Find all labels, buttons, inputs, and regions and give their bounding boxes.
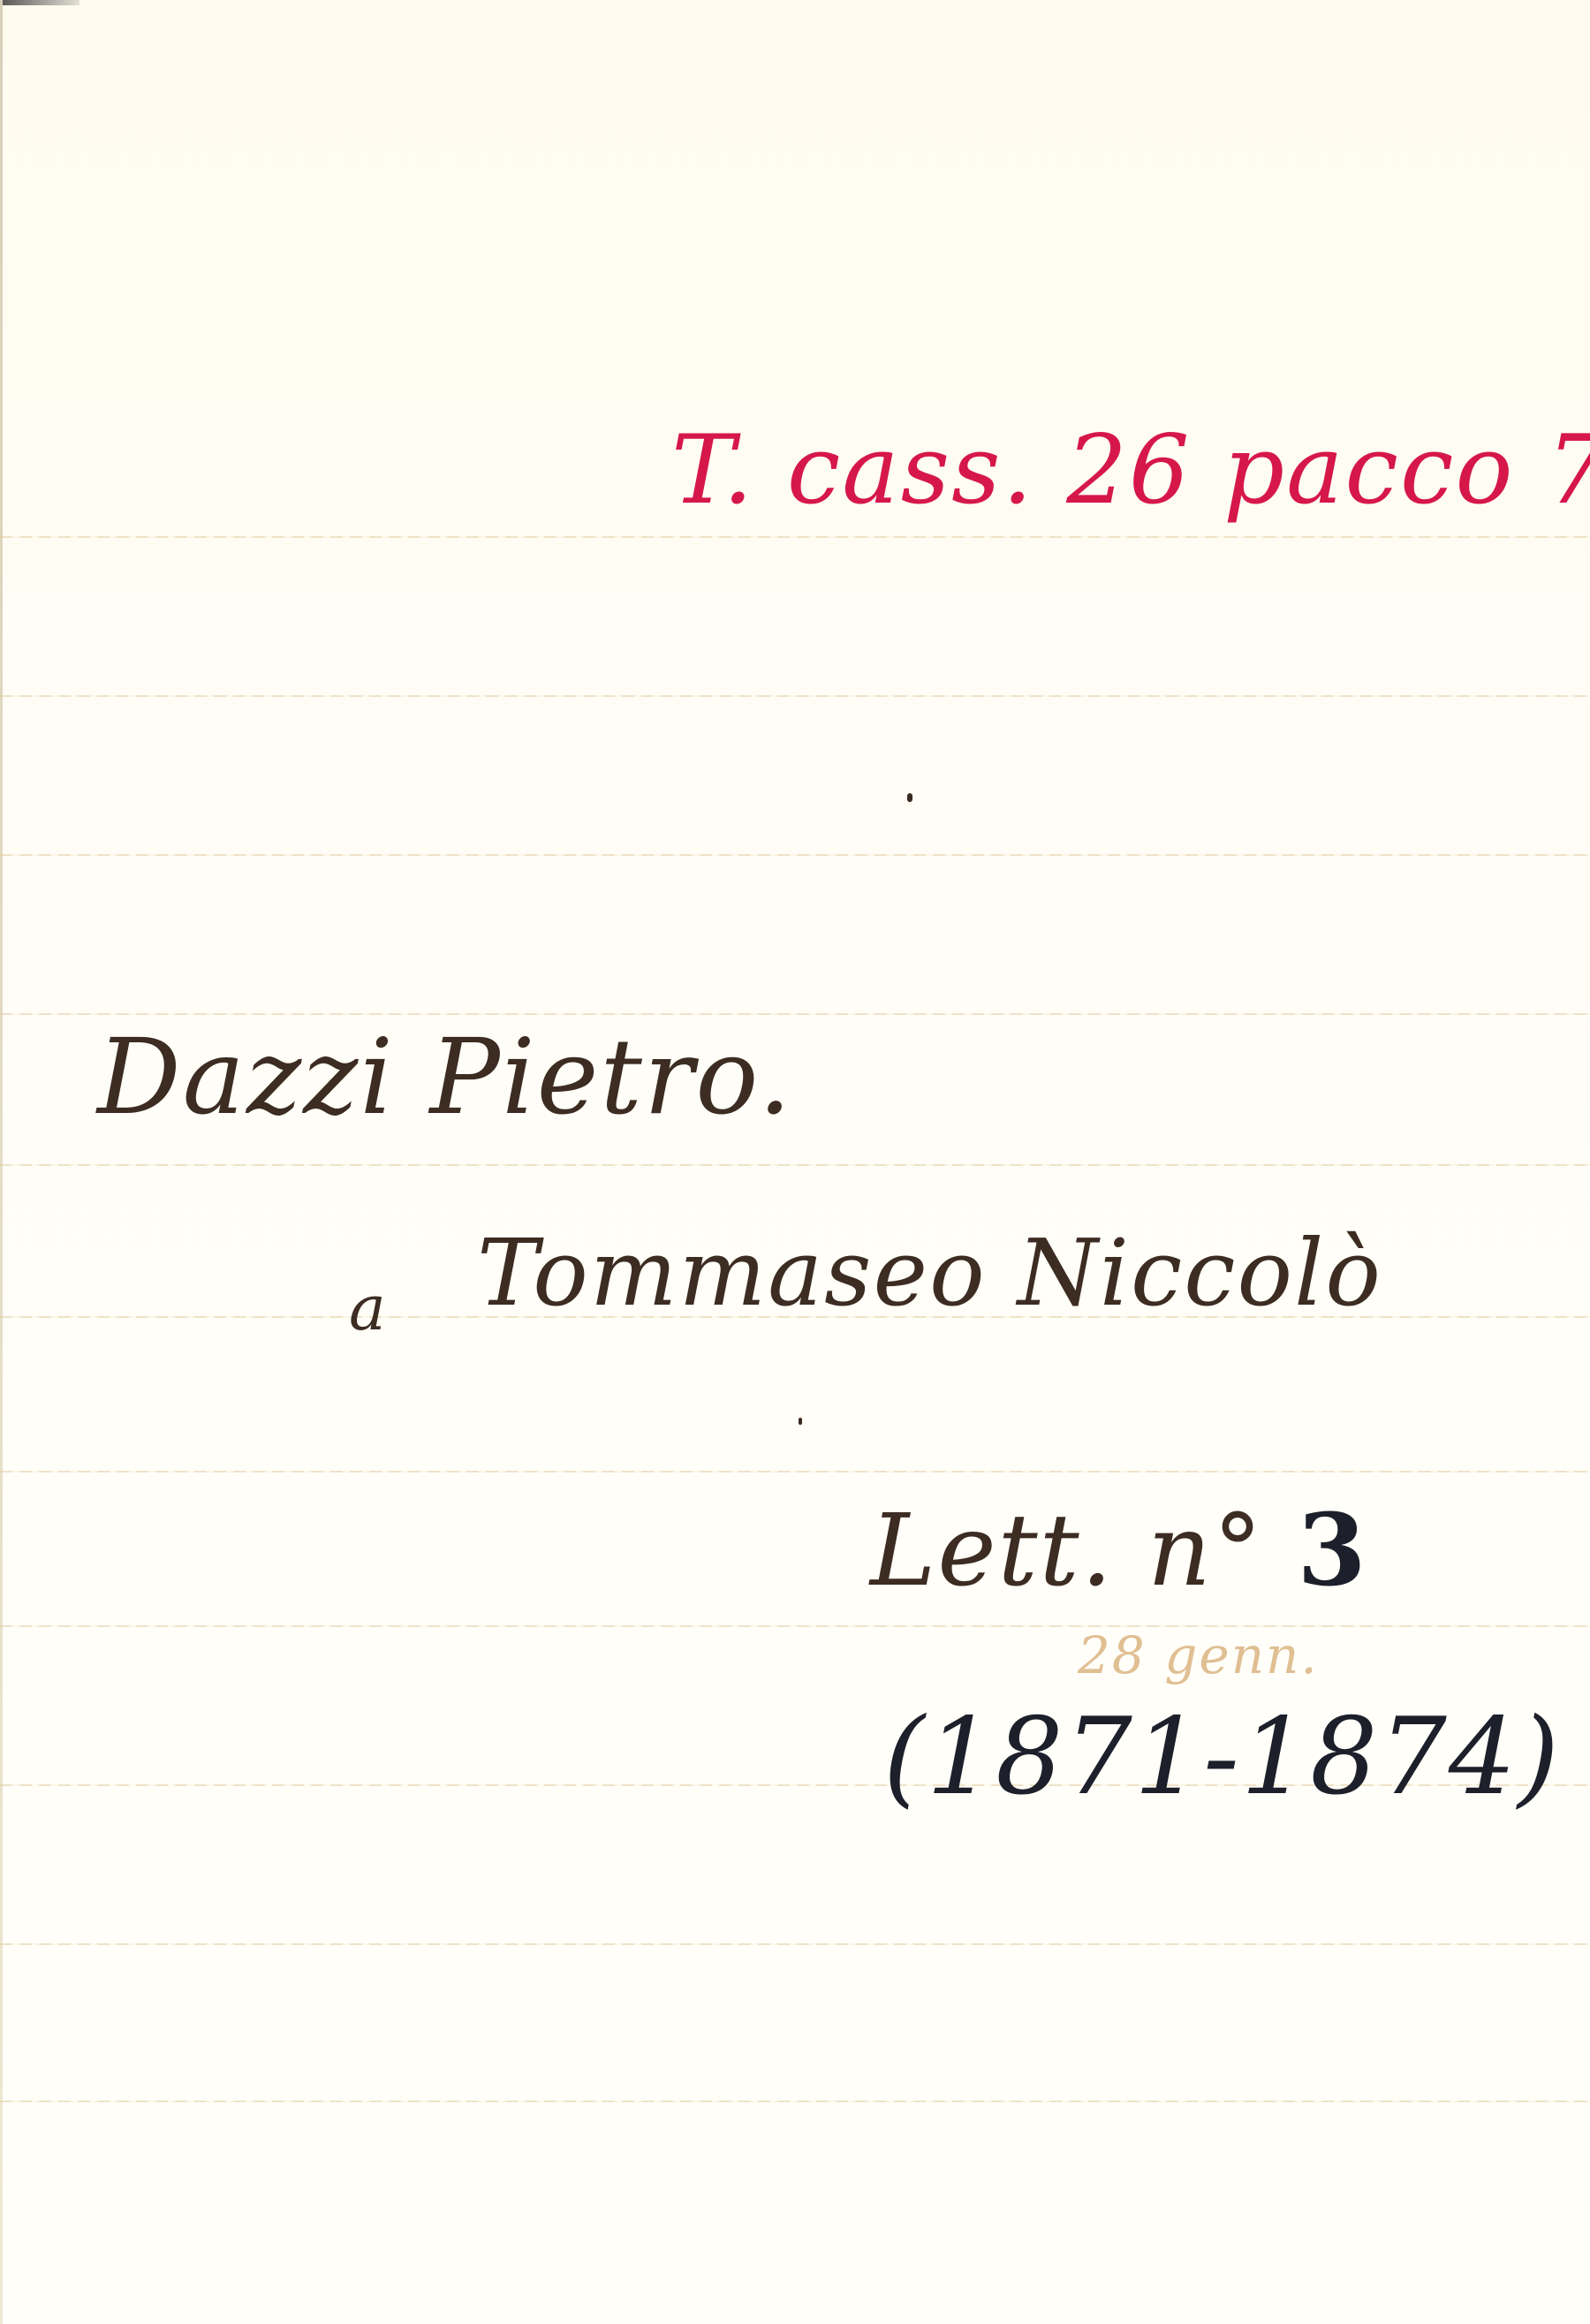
ruled-line bbox=[0, 1625, 1590, 1627]
pencil-date-note: 28 genn. bbox=[1078, 1625, 1319, 1685]
ruled-line bbox=[0, 1164, 1590, 1166]
recipient-name: Tommaseo Niccolò bbox=[477, 1219, 1382, 1327]
ruled-line bbox=[0, 2101, 1590, 2102]
date-range: (1871-1874) bbox=[883, 1696, 1561, 1819]
archival-card: T. cass. 26 pacco 75.3 Dazzi Pietro. a T… bbox=[0, 0, 1590, 2324]
ink-dot bbox=[907, 793, 912, 802]
ruled-line bbox=[0, 536, 1590, 538]
letter-count-label: Lett. n° bbox=[870, 1494, 1264, 1609]
sender-name: Dazzi Pietro. bbox=[97, 1016, 793, 1138]
recipient-preposition: a bbox=[349, 1272, 388, 1344]
ink-dot bbox=[799, 1418, 802, 1425]
ruled-line bbox=[0, 1471, 1590, 1472]
shelfmark: T. cass. 26 pacco 75.3 bbox=[671, 415, 1590, 526]
ruled-line bbox=[0, 695, 1590, 697]
letter-count-value: 3 bbox=[1298, 1493, 1368, 1609]
card-left-edge bbox=[0, 0, 3, 2324]
ruled-line bbox=[0, 1013, 1590, 1015]
letter-count: Lett. n° 3 bbox=[870, 1493, 1368, 1609]
ruled-line bbox=[0, 1943, 1590, 1945]
scan-edge-shadow bbox=[0, 0, 79, 5]
ruled-line bbox=[0, 854, 1590, 856]
